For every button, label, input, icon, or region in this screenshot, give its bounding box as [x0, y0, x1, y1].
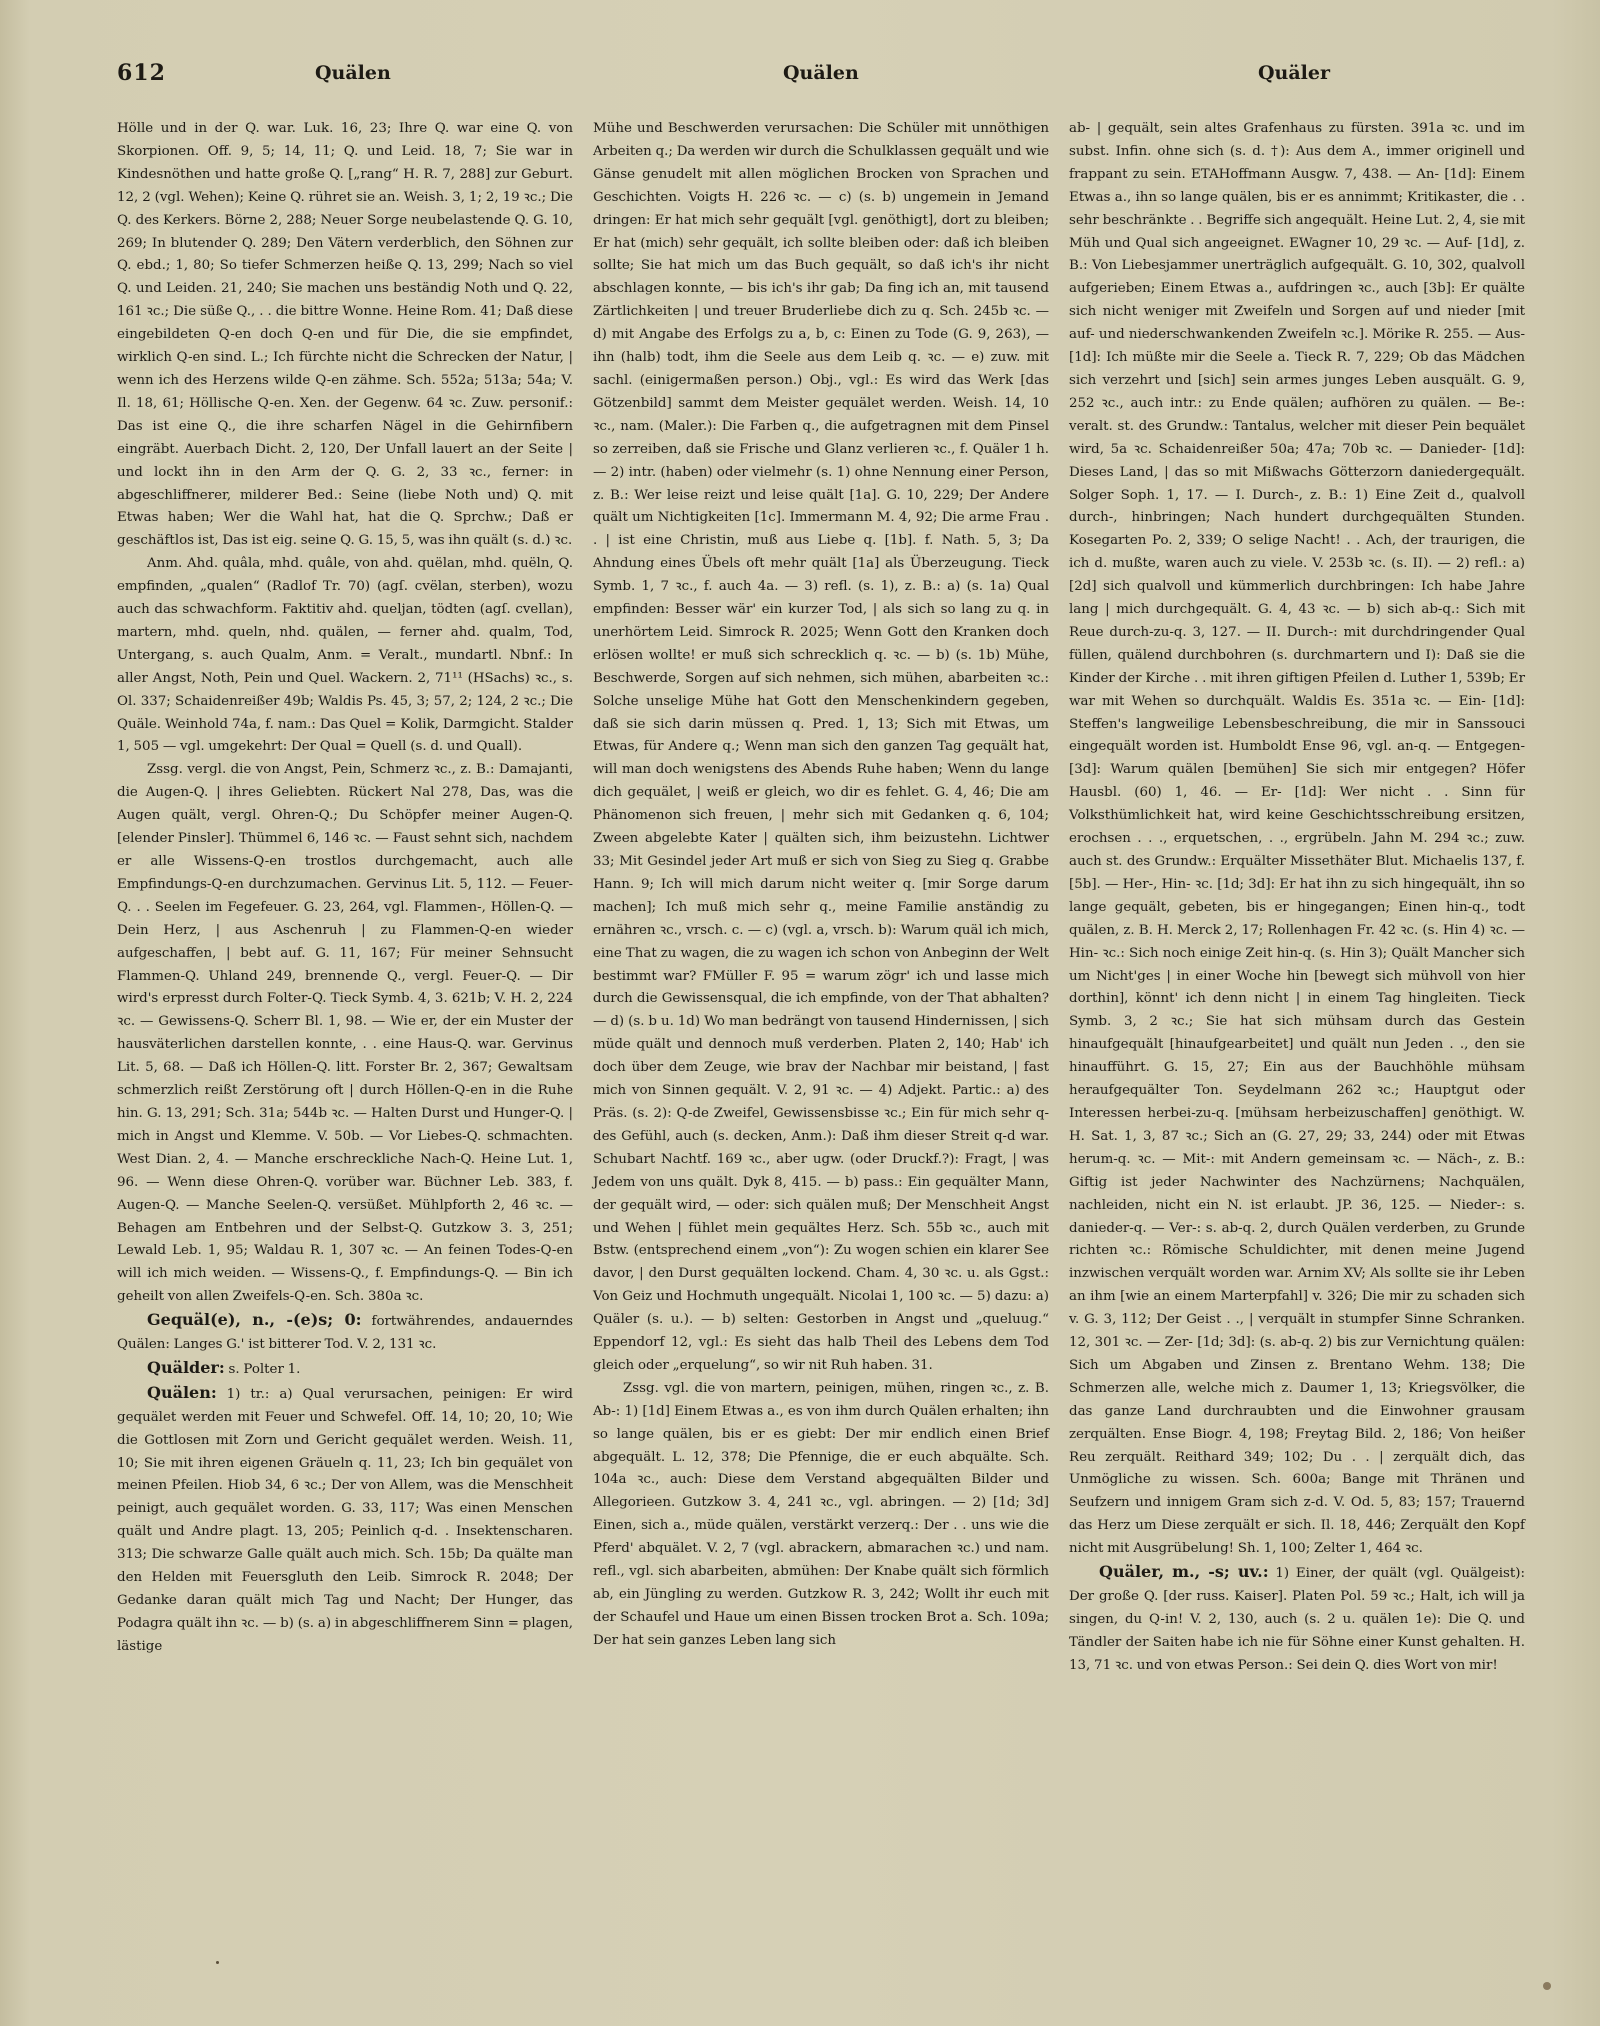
lemma: Gequäl(e), n., -(e)s; 0: — [147, 1310, 362, 1329]
definition: 1) Einer, der quält (vgl. Quälgeist): De… — [1069, 1566, 1525, 1673]
running-head: 612 Quälen Quälen Quäler — [0, 60, 1600, 100]
page-number: 612 — [117, 60, 166, 86]
column-3: ab- | gequält, sein altes Grafenhaus zu … — [1069, 118, 1525, 1678]
text-columns: Hölle und in der Q. war. Luk. 16, 23; Ih… — [117, 118, 1527, 1678]
lemma: Quälen: — [147, 1383, 217, 1402]
column-2: Mühe und Beschwerden verursachen: Die Sc… — [593, 118, 1049, 1678]
running-head-left: Quälen — [315, 62, 391, 84]
entry-quaelen: Quälen: 1) tr.: a) Qual verursachen, pei… — [117, 1382, 573, 1659]
paragraph-zusammensetzungen: Zssg. vergl. die von Angst, Pein, Schmer… — [117, 759, 573, 1309]
paragraph-anmerkung: Anm. Ahd. quâla, mhd. quâle, von ahd. qu… — [117, 553, 573, 759]
running-head-right: Quäler — [1258, 62, 1330, 84]
definition: s. Polter 1. — [225, 1362, 301, 1377]
paragraph: Mühe und Beschwerden verursachen: Die Sc… — [593, 118, 1049, 1378]
lemma: Quälder: — [147, 1358, 225, 1377]
dictionary-page: 612 Quälen Quälen Quäler Hölle und in de… — [0, 0, 1600, 2026]
lemma: Quäler, m., -s; uv.: — [1099, 1562, 1269, 1581]
paper-speck — [216, 1961, 219, 1964]
entry-quaeler: Quäler, m., -s; uv.: 1) Einer, der quält… — [1069, 1561, 1525, 1678]
paragraph: Hölle und in der Q. war. Luk. 16, 23; Ih… — [117, 118, 573, 553]
column-1: Hölle und in der Q. war. Luk. 16, 23; Ih… — [117, 118, 573, 1678]
running-head-center: Quälen — [783, 62, 859, 84]
paper-spot — [1543, 1982, 1551, 1990]
paragraph: ab- | gequält, sein altes Grafenhaus zu … — [1069, 118, 1525, 1561]
entry-quaelder: Quälder: s. Polter 1. — [117, 1357, 573, 1382]
paragraph-zusammensetzungen: Zssg. vgl. die von martern, peinigen, mü… — [593, 1378, 1049, 1653]
entry-gequaele: Gequäl(e), n., -(e)s; 0: fortwährendes, … — [117, 1309, 573, 1357]
definition: 1) tr.: a) Qual verursachen, peinigen: E… — [117, 1387, 573, 1654]
